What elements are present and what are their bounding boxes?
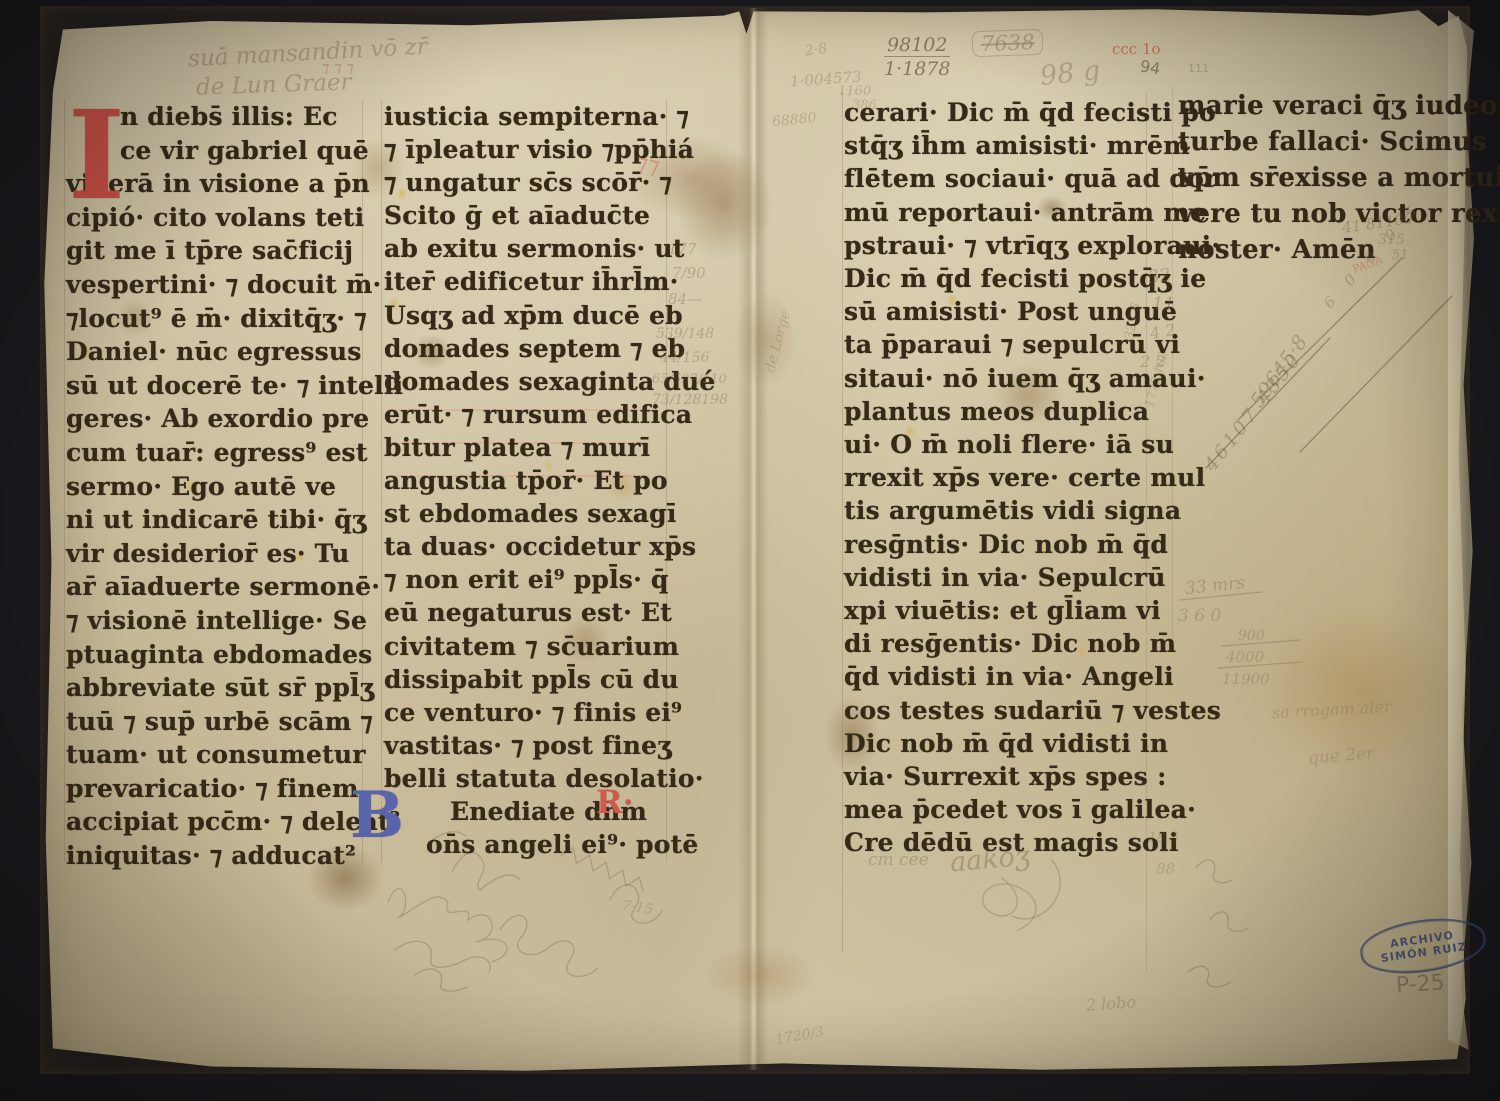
flourish-number: 98 g xyxy=(1039,55,1102,92)
text-line: domades sexaginta dué xyxy=(384,365,679,398)
text-line: Dic nob m̄ q̄d vidisti in xyxy=(844,727,1149,760)
text-line: iniquitas· ⁊ adducat² xyxy=(66,839,371,873)
text-line: resḡntis· Dic nob m̄ q̄d xyxy=(844,528,1149,561)
margin-account: 900 xyxy=(1238,628,1265,644)
text-line: ce venturo· ⁊ finis ei⁹ xyxy=(384,696,679,729)
text-line: vastitas· ⁊ post fineʒ xyxy=(384,729,679,762)
gutter-number: 386 xyxy=(852,98,877,113)
text-line: vidisti in via· Sepulcrū xyxy=(844,561,1149,594)
ruling-line xyxy=(842,92,843,952)
text-line: Enediate dn̄m xyxy=(450,795,679,828)
text-line: iter̄ edificetur ih̄rl̄m· xyxy=(384,265,679,298)
text-line: bitur platea ⁊ murī xyxy=(384,431,679,464)
text-line: dissipabit ppl̄s cū du xyxy=(384,663,679,696)
text-line: di resḡentis· Dic nob m̄ xyxy=(844,627,1149,660)
text-line: flētem sociaui· quā ad dor xyxy=(844,162,1149,195)
text-line: pstraui· ⁊ vtrīqʒ exploraui· xyxy=(844,229,1149,262)
margin-account: 3 6 0 xyxy=(1178,606,1221,626)
text-line: ⁊locut⁹ ē m̄· dixitq̄ʒ· ⁊ xyxy=(66,302,371,336)
text-line: st ebdomades sexagī xyxy=(384,497,679,530)
text-line: ab exitu sermonis· ut xyxy=(384,232,679,265)
amen-jotting: 51 xyxy=(1392,248,1409,263)
text-line: belli statuta desolatio· xyxy=(384,762,679,795)
crossed-out-number: 7638 xyxy=(972,29,1044,57)
text-line: mea p̄cedet vos ī galilea· xyxy=(844,793,1149,826)
text-line: ⁊ īpleatur visio ⁊pp̄hiá xyxy=(384,133,679,166)
text-line: ui· O m̄ noli flere· iā su xyxy=(844,428,1149,461)
text-column-3: cerari· Dic m̄ q̄d fecisti postq̄ʒ ih̄m … xyxy=(844,96,1149,860)
text-line: Usqʒ ad xp̄m ducē eb xyxy=(384,299,679,332)
margin-number: 32 xyxy=(1147,265,1173,289)
text-line: turbe fallaci· Scimus xyxy=(1178,124,1458,160)
text-line: noster· Amēn xyxy=(1178,232,1458,268)
margin-number: 11 xyxy=(1152,294,1175,315)
text-line: sermo· Ego autē ve xyxy=(66,470,371,504)
text-line: sū ut docerē te· ⁊ intelli xyxy=(66,369,371,403)
text-line: tuū ⁊ sup̄ urbē scām ⁊ xyxy=(66,705,371,739)
text-line: cum tuar̄: egress⁹ est xyxy=(66,436,371,470)
bottom-jotting: 2 lobo xyxy=(1085,992,1136,1014)
text-line: xpi viuētis: et gl̄iam vi xyxy=(844,594,1149,627)
text-line: ptuaginta ebdomades xyxy=(66,638,371,672)
text-line: n diebs̄ illis: Ec xyxy=(120,100,371,134)
text-line: vespertini· ⁊ docuit m̄· xyxy=(66,268,371,302)
text-line: ta duas· occidetur xp̄s xyxy=(384,530,679,563)
gutter-sum: 539/148 xyxy=(656,326,714,342)
text-line: xp̄m sr̄exisse a mortuis· xyxy=(1178,160,1458,196)
text-column-4: marie veraci q̄ʒ iudeor̄turbe fallaci· S… xyxy=(1178,88,1458,268)
shelf-mark-pencil: P-25 xyxy=(1395,970,1445,998)
text-line: angustia tp̄or̄· Et po xyxy=(384,464,679,497)
gutter-sum: 73/128198 xyxy=(652,392,728,408)
text-line: rrexit xp̄s vere· certe mul xyxy=(844,461,1149,494)
text-line: domades septem ⁊ eb xyxy=(384,332,679,365)
fraction-denominator: 1·1878 xyxy=(884,56,950,80)
fraction-jotting: 98102 1·1878 xyxy=(884,34,950,80)
gutter-number: 2·8 xyxy=(804,41,828,60)
red-responsory-mark: R· xyxy=(596,786,634,818)
text-line: marie veraci q̄ʒ iudeor̄ xyxy=(1178,88,1458,124)
red-ghost-marks: ⁊ ⁊ ⁊ xyxy=(322,58,354,76)
gutter-number: 1160 xyxy=(838,84,871,99)
text-line: q̄d vidisti in via· Angeli xyxy=(844,660,1149,693)
text-line: ni ut indicarē tibi· q̄ʒ xyxy=(66,503,371,537)
text-line: ⁊ visionē intellige· Se xyxy=(66,604,371,638)
text-line: tis argumētis vidi signa xyxy=(844,494,1149,527)
text-line: via· Surrexit xp̄s spes : xyxy=(844,760,1149,793)
gutter-sum: 84— xyxy=(668,290,702,308)
text-column-2: iusticia sempiterna· ⁊⁊ īpleatur visio ⁊… xyxy=(384,100,679,861)
text-line: tuam· ut consumetur xyxy=(66,738,371,772)
text-line: accipiat pcc̄m· ⁊ deleat² xyxy=(66,805,371,839)
text-line: on̄s angeli ei⁹· potē xyxy=(426,828,679,861)
pencil-number: 94 xyxy=(1139,56,1162,78)
amen-jotting: 315 xyxy=(1378,232,1405,248)
pencil-number: 111 xyxy=(1188,62,1209,75)
text-line: Dic m̄ q̄d fecisti postq̄ʒ ie xyxy=(844,262,1149,295)
ruling-line xyxy=(64,100,65,862)
text-line: git me ī tp̄re sac̄ficij xyxy=(66,234,371,268)
text-line: plantus meos duplica xyxy=(844,395,1149,428)
text-line: ar̄ aīaduerte sermonē· xyxy=(66,570,371,604)
text-line: geres· Ab exordio pre xyxy=(66,402,371,436)
text-line: stq̄ʒ ih̄m amisisti· mrēm xyxy=(844,129,1149,162)
red-initial-I: I xyxy=(68,94,125,216)
text-line: cerari· Dic m̄ q̄d fecisti po xyxy=(844,96,1149,129)
text-line: civitatem ⁊ sc̄uarium xyxy=(384,630,679,663)
text-line: ta p̄paraui ⁊ sepulcrū vi xyxy=(844,328,1149,361)
manuscript-photo: n diebs̄ illis: Ecce vir gabriel quēvide… xyxy=(0,0,1500,1101)
margin-number: 18 3 xyxy=(1148,830,1179,846)
bottom-jotting: cm cee xyxy=(868,850,929,870)
text-line: iusticia sempiterna· ⁊ xyxy=(384,100,679,133)
text-line: ce vir gabriel quē xyxy=(120,134,371,168)
text-line: Daniel· nūc egressus xyxy=(66,335,371,369)
gutter-sum: 7/90 xyxy=(672,264,706,282)
gutter-sum: 44/156 xyxy=(660,350,709,366)
text-line: cos testes sudariū ⁊ vestes xyxy=(844,694,1149,727)
gutter-sum: 177 xyxy=(668,240,697,258)
text-line: erūt· ⁊ rursum edifica xyxy=(384,398,679,431)
red-folio-number: ccc 1o xyxy=(1112,40,1161,58)
margin-number: 88 xyxy=(1156,860,1175,878)
fraction-numerator: 98102 xyxy=(884,34,950,56)
ruling-line xyxy=(381,100,382,862)
text-line: Scito ḡ et aīaduc̄te xyxy=(384,199,679,232)
text-line: sū amisisti· Post unguē xyxy=(844,295,1149,328)
text-line: sitaui· nō iuem q̄ʒ amaui· xyxy=(844,362,1149,395)
center-fold-crease xyxy=(738,8,768,1070)
margin-account: 11900 xyxy=(1222,670,1270,688)
blue-initial-B: B xyxy=(350,784,404,848)
gutter-sum: 65/597/110 xyxy=(652,372,727,387)
text-line: eū negaturus est· Et xyxy=(384,596,679,629)
text-line: ⁊ non erit ei⁹ ppl̄s· q̄ xyxy=(384,563,679,596)
text-line: mū reportaui· antrām me xyxy=(844,196,1149,229)
text-line: vir desiderior̄ es· Tu xyxy=(66,537,371,571)
text-line: abbreviate sūt sr̄ ppl̄ʒ xyxy=(66,671,371,705)
margin-account: 4000 xyxy=(1226,648,1264,666)
text-line: prevaricatio· ⁊ finem xyxy=(66,772,371,806)
